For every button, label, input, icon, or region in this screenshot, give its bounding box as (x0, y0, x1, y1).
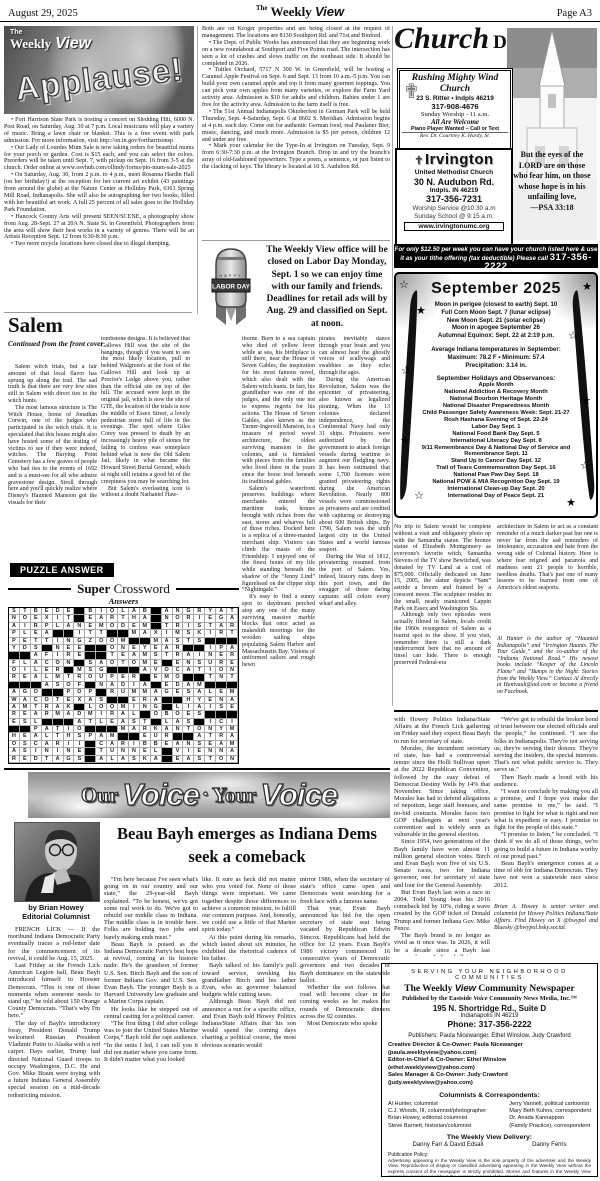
letter-cell: D (20, 645, 31, 652)
letter-cell: A (129, 608, 140, 615)
letter-cell: S (53, 682, 64, 689)
letter-cell: A (31, 733, 42, 740)
letter-cell: R (9, 674, 20, 681)
black-square (151, 682, 162, 689)
letter-cell: C (216, 719, 227, 726)
applause-briefs-column: • Fort Harrison State Park is hosting a … (4, 117, 194, 310)
irvington-website: www.irvingtonumc.org (404, 222, 504, 231)
rushing-worship-time: Sunday Worship - 11 a.m. (402, 111, 508, 118)
letter-cell: I (205, 719, 216, 726)
letter-cell: O (194, 726, 205, 733)
letter-cell: R (162, 733, 173, 740)
letter-cell: X (42, 615, 53, 622)
temperature-list: Average Indiana temperatures in Septembe… (418, 346, 574, 369)
letter-cell: G (20, 689, 31, 696)
letter-cell: A (227, 615, 238, 622)
paragraph: • Hancock County Arts will present SEEN/… (4, 214, 194, 242)
black-square (20, 652, 31, 659)
paragraph: mirror 1986, when the secretary of state… (300, 876, 390, 905)
letter-cell: N (183, 660, 194, 667)
letter-cell: T (31, 704, 42, 711)
black-square (151, 615, 162, 622)
letter-cell: N (118, 748, 129, 755)
letter-cell: P (9, 638, 20, 645)
line: 9/11 Remembrance Day & National Day of S… (418, 445, 574, 459)
letter-cell: I (227, 719, 238, 726)
letter-cell: G (96, 667, 107, 674)
letter-cell: R (107, 711, 118, 718)
black-square (162, 756, 173, 763)
paragraph: thorne. Born to a sea captain who died o… (242, 336, 315, 486)
columnists-right-list: Jerry Vannell, political cartoonistMary … (509, 1101, 591, 1131)
letter-cell: H (129, 615, 140, 622)
paragraph: Whether the son follows that road will b… (300, 984, 390, 1020)
paragraph: Both are on Kroger properties and are be… (202, 26, 390, 40)
byline-block: by Brian Howey Editorial Columnist (6, 903, 106, 921)
letter-cell: R (9, 711, 20, 718)
letter-cell: R (173, 623, 184, 630)
letter-cell: E (20, 674, 31, 681)
letter-cell: L (42, 674, 53, 681)
letter-cell: T (118, 615, 129, 622)
letter-cell: C (173, 667, 184, 674)
bayh-headline: Beau Bayh emerges as Indiana Dems seek a… (104, 822, 390, 868)
letter-cell: I (20, 623, 31, 630)
letter-cell: O (9, 667, 20, 674)
letter-cell: E (31, 615, 42, 622)
letter-cell: M (85, 711, 96, 718)
letter-cell: E (194, 748, 205, 755)
letter-cell: O (129, 660, 140, 667)
letter-cell: K (64, 704, 75, 711)
letter-cell: T (53, 733, 64, 740)
line: Al Hunter, columnist (388, 1101, 486, 1108)
letter-cell: R (42, 704, 53, 711)
letter-cell: I (183, 704, 194, 711)
letter-cell: A (173, 741, 184, 748)
voice-column-6: “We've got to rebuild the broken bond of… (494, 716, 598, 902)
letter-cell: H (183, 697, 194, 704)
letter-cell: I (31, 748, 42, 755)
black-square (107, 697, 118, 704)
paragraph: • The 51st Annual Indianapolis Oktoberfe… (202, 109, 390, 144)
black-square (227, 682, 238, 689)
letter-cell: R (140, 697, 151, 704)
letter-cell: A (194, 733, 205, 740)
letter-cell: D (31, 756, 42, 763)
letter-cell: S (183, 689, 194, 696)
delivery-names-right: Danny Ferris (532, 1142, 566, 1148)
voice-column-5: with Howey Politics Indiana/State Affair… (394, 716, 490, 956)
black-square (107, 726, 118, 733)
letter-cell: B (151, 741, 162, 748)
black-square (216, 682, 227, 689)
letter-cell: N (216, 748, 227, 755)
letter-cell: N (140, 704, 151, 711)
letter-cell: O (64, 682, 75, 689)
irvington-church-ad: ✝Irvington United Methodist Church 30 N.… (395, 148, 513, 250)
line: Precipitation: 3.14 in. (418, 362, 574, 370)
black-square (85, 645, 96, 652)
our-voice-banner: Our Voice • Your Voice (28, 772, 390, 818)
letter-cell: U (151, 733, 162, 740)
letter-cell: A (183, 652, 194, 659)
letter-cell: I (96, 608, 107, 615)
letter-cell: I (183, 748, 194, 755)
letter-cell: A (20, 697, 31, 704)
pub-post: Community News Media, Inc.™ (488, 995, 577, 1002)
letter-cell: O (173, 615, 184, 622)
letter-cell: E (227, 704, 238, 711)
letter-cell: A (64, 623, 75, 630)
section-divider (202, 240, 390, 241)
black-square (20, 726, 31, 733)
puzzle-answer-label: PUZZLE ANSWER (10, 563, 114, 577)
letter-cell: M (118, 726, 129, 733)
black-square (53, 719, 64, 726)
black-square (31, 682, 42, 689)
september-almanac-box: September 2025 Moon in perigee (closest … (394, 272, 598, 518)
scripture-verse: But the eyes of the LORD are on those wh… (506, 150, 598, 240)
letter-cell: A (118, 719, 129, 726)
infobox-address1: 195 N. Shortridge Rd., Suite D (388, 1004, 591, 1013)
letter-cell: A (118, 756, 129, 763)
letter-cell: Y (216, 726, 227, 733)
letter-cell: A (96, 660, 107, 667)
paragraph: Beau Bayh is poised as the Indiana Democ… (104, 941, 198, 1006)
black-square (129, 667, 140, 674)
black-square (140, 674, 151, 681)
line: Stand Up to Cancer Day Sept. 12 (418, 458, 574, 465)
letter-cell: L (42, 733, 53, 740)
letter-cell: S (9, 608, 20, 615)
letter-cell: M (227, 689, 238, 696)
letter-cell: A (107, 741, 118, 748)
letter-cell: I (74, 741, 85, 748)
letter-cell: O (31, 689, 42, 696)
letter-cell: N (74, 623, 85, 630)
letter-cell: I (205, 630, 216, 637)
black-square (183, 674, 194, 681)
letter-cell: A (9, 748, 20, 755)
letter-cell: H (9, 733, 20, 740)
crossword-answer-grid: STBEDEBIOLABANGRYATNOEXITEARTHANORIEGAAI… (8, 607, 239, 764)
letter-cell: T (85, 719, 96, 726)
letter-cell: A (227, 697, 238, 704)
letter-cell: R (227, 623, 238, 630)
letter-cell: S (173, 638, 184, 645)
letter-cell: M (53, 674, 64, 681)
paragraph: The most famous structure is The Witch H… (8, 405, 97, 507)
letter-cell: P (31, 726, 42, 733)
letter-cell: U (205, 660, 216, 667)
paragraph: with Howey Politics Indiana/State Affair… (394, 716, 490, 745)
letter-cell: T (42, 756, 53, 763)
labor-day-notice-text: The Weekly View office will be closed on… (260, 244, 390, 330)
letter-cell: E (205, 615, 216, 622)
letter-cell: E (85, 623, 96, 630)
delivery-title: The Weekly View Delivery: (388, 1134, 591, 1141)
letter-cell: O (151, 711, 162, 718)
line: Labor Day Sept. 1 (418, 424, 574, 431)
column-rule (392, 26, 393, 706)
svg-text:LABOR DAY: LABOR DAY (212, 284, 251, 291)
salem-column-2: tombstone designs. It is believed that G… (101, 336, 190, 560)
letter-cell: S (20, 741, 31, 748)
labor-day-notice: HAPPY LABOR DAY The Weekly View office w… (202, 244, 390, 330)
letter-cell: A (85, 697, 96, 704)
letter-cell: E (64, 697, 75, 704)
letter-cell: S (194, 756, 205, 763)
letter-cell: R (74, 674, 85, 681)
letter-cell: R (53, 667, 64, 674)
infobox-title-view: View (455, 983, 476, 994)
byline-name: by Brian Howey (6, 903, 106, 912)
letter-cell: A (42, 726, 53, 733)
masthead-the: The (256, 4, 268, 12)
line: C.J. Woods, III, columnist/photographer (388, 1108, 486, 1115)
letter-cell: E (20, 711, 31, 718)
letter-cell: M (118, 704, 129, 711)
letter-cell: T (140, 719, 151, 726)
letter-cell: P (85, 689, 96, 696)
letter-cell: E (173, 756, 184, 763)
rule-line (8, 588, 71, 590)
letter-cell: M (140, 660, 151, 667)
letter-cell: I (53, 615, 64, 622)
letter-cell: A (31, 674, 42, 681)
letter-cell: M (53, 711, 64, 718)
letter-cell: N (183, 741, 194, 748)
line: Rosh Hashana Evening of Sept. 22-24 (418, 417, 574, 424)
irvington-name: Irvington (425, 151, 494, 168)
letter-cell: M (96, 623, 107, 630)
black-square (74, 704, 85, 711)
letter-cell: R (216, 660, 227, 667)
letter-cell: E (151, 674, 162, 681)
banner-bullet: • (203, 787, 208, 804)
black-square (42, 689, 53, 696)
letter-cell: A (96, 733, 107, 740)
banner-our: Our (81, 783, 118, 808)
irvington-city: Indpls. IN 46219 (398, 187, 510, 194)
letter-cell: O (107, 704, 118, 711)
letter-cell: S (96, 697, 107, 704)
line: National Food Bank Day Sept. 5 (418, 431, 574, 438)
black-square (96, 652, 107, 659)
letter-cell: H (64, 733, 75, 740)
line: Child Passenger Safety Awareness Week: S… (418, 410, 574, 417)
letter-cell: S (20, 748, 31, 755)
paragraph: like. It sure as heck did not matter who… (202, 876, 296, 934)
letter-cell: T (205, 756, 216, 763)
black-square (205, 638, 216, 645)
letter-cell: A (140, 630, 151, 637)
letter-cell: S (74, 733, 85, 740)
black-square (64, 667, 75, 674)
letter-cell: N (227, 756, 238, 763)
letter-cell: R (42, 711, 53, 718)
letter-cell: S (85, 667, 96, 674)
letter-cell: M (173, 630, 184, 637)
line: Moon in perigee (closest to earth) Sept.… (418, 301, 574, 309)
letter-cell: I (20, 667, 31, 674)
star-icon (416, 304, 426, 317)
infobox-staff-list: Creative Director & Co-Owner: Paula Nice… (388, 1042, 591, 1088)
paragraph: Most Democrats who spoke (300, 1020, 390, 1027)
letter-cell: Y (140, 645, 151, 652)
letter-cell: C (31, 741, 42, 748)
paragraph: • Tuttles Orchard, 5717 N 300 W. in Gree… (202, 67, 390, 108)
black-square (85, 652, 96, 659)
letter-cell: A (129, 726, 140, 733)
letter-cell: A (107, 682, 118, 689)
irvington-phone: 317-356-7231 (398, 194, 510, 204)
letter-cell: A (96, 615, 107, 622)
letter-cell: U (107, 748, 118, 755)
black-square (118, 733, 129, 740)
letter-cell: R (173, 645, 184, 652)
letter-cell: A (162, 726, 173, 733)
letter-cell: E (118, 652, 129, 659)
letter-cell: G (74, 638, 85, 645)
letter-cell: I (129, 704, 140, 711)
black-square (194, 645, 205, 652)
letter-cell: N (53, 645, 64, 652)
paragraph: • Mark your calendar for the Type-In at … (202, 143, 390, 171)
black-square (129, 733, 140, 740)
letter-cell: O (162, 667, 173, 674)
applause-title: Applause! (4, 49, 194, 110)
irvington-school-time: Sunday School @ 9:15 a.m. (398, 213, 510, 220)
paragraph: He looks like he stepped out of central … (104, 1006, 198, 1020)
letter-cell: R (173, 652, 184, 659)
letter-cell: V (151, 667, 162, 674)
letter-cell: A (151, 697, 162, 704)
letter-cell: O (74, 726, 85, 733)
rushing-welcome: All Are Welcome (402, 118, 508, 126)
letter-cell: I (205, 704, 216, 711)
letter-cell: I (64, 741, 75, 748)
letter-cell: I (129, 682, 140, 689)
letter-cell: N (173, 726, 184, 733)
letter-cell: O (107, 638, 118, 645)
letter-cell: B (140, 741, 151, 748)
line: National Paw Paw Day Sept. 18 (418, 472, 574, 479)
line: Steve Barnett, historian/columnist (388, 1123, 486, 1130)
black-square (42, 719, 53, 726)
black-square (74, 615, 85, 622)
black-square (227, 638, 238, 645)
church-title-script: Church (394, 22, 489, 55)
letter-cell: E (129, 623, 140, 630)
letter-cell: N (205, 652, 216, 659)
paragraph: Salem witch trials, but a fair amount of… (8, 364, 97, 405)
voice-column-4: mirror 1986, when the secretary of state… (300, 876, 390, 1177)
letter-cell: R (9, 756, 20, 763)
letter-cell: N (129, 748, 140, 755)
infobox-title-post: Community Newspaper (476, 984, 575, 994)
letter-cell: A (183, 756, 194, 763)
letter-cell: E (140, 748, 151, 755)
letter-cell: B (85, 608, 96, 615)
letter-cell: N (42, 748, 53, 755)
paragraph: At this point during his remarks, which … (202, 934, 296, 963)
letter-cell: N (162, 615, 173, 622)
letter-cell: M (140, 652, 151, 659)
letter-cell: T (53, 726, 64, 733)
letter-cell: M (162, 674, 173, 681)
letter-cell: X (74, 697, 85, 704)
letter-cell: L (151, 748, 162, 755)
letter-cell: L (107, 756, 118, 763)
brian-howey-photo (14, 822, 100, 902)
paragraph: Since 1954, two generations of the Bayh … (394, 838, 490, 888)
line: Moon in apogee September 26 (418, 324, 574, 332)
letter-cell: C (96, 741, 107, 748)
black-square (107, 630, 118, 637)
letter-cell: E (216, 689, 227, 696)
paragraph: architecture in Salem to act as a consta… (497, 524, 598, 592)
star-icon (582, 280, 592, 293)
letter-cell: I (205, 645, 216, 652)
banner-voice1: Voice (122, 777, 199, 813)
letter-cell: L (53, 623, 64, 630)
letter-cell: A (151, 756, 162, 763)
black-square (162, 697, 173, 704)
letter-cell: U (96, 674, 107, 681)
paragraph: That year, Evan Bayh announced his bid f… (300, 905, 390, 984)
paragraph: Morales, the incumbent secretary of stat… (394, 745, 490, 839)
black-square (173, 697, 184, 704)
black-square (183, 733, 194, 740)
logo-weekly: Weekly (10, 36, 51, 51)
letter-cell: A (140, 682, 151, 689)
letter-cell: R (118, 741, 129, 748)
paragraph: But Salem's everlasting icon is without … (101, 486, 190, 500)
star-icon (568, 329, 578, 342)
letter-cell: N (64, 660, 75, 667)
letter-cell: P (107, 674, 118, 681)
letter-cell: E (64, 608, 75, 615)
letter-cell: M (129, 689, 140, 696)
letter-cell: A (31, 660, 42, 667)
paragraph: No trip to Salem would be complete witho… (394, 524, 491, 612)
policy-text: Advertising appearing in the Weekly View… (388, 1158, 591, 1177)
paragraph: Although Beau Bayh did not announce a ru… (202, 998, 296, 1048)
letter-cell: T (96, 630, 107, 637)
letter-cell: S (20, 719, 31, 726)
letter-cell: W (9, 697, 20, 704)
letter-cell: A (9, 689, 20, 696)
letter-cell: A (96, 756, 107, 763)
letter-cell: E (173, 689, 184, 696)
letter-cell: T (205, 674, 216, 681)
black-square (162, 748, 173, 755)
letter-cell: E (216, 652, 227, 659)
irvington-worship-time: Worship Service @10:30 a.m (398, 205, 510, 212)
letter-cell: L (205, 689, 216, 696)
letter-cell: M (140, 689, 151, 696)
letter-cell: K (140, 756, 151, 763)
letter-cell: T (194, 667, 205, 674)
star-icon (401, 364, 411, 377)
letter-cell: O (9, 741, 20, 748)
line: Full Corn Moon Sept. 7 (lunar eclipse) (418, 309, 574, 317)
letter-cell: S (194, 741, 205, 748)
letter-cell: G (64, 756, 75, 763)
labor-day-badge-icon: HAPPY LABOR DAY (202, 247, 260, 327)
